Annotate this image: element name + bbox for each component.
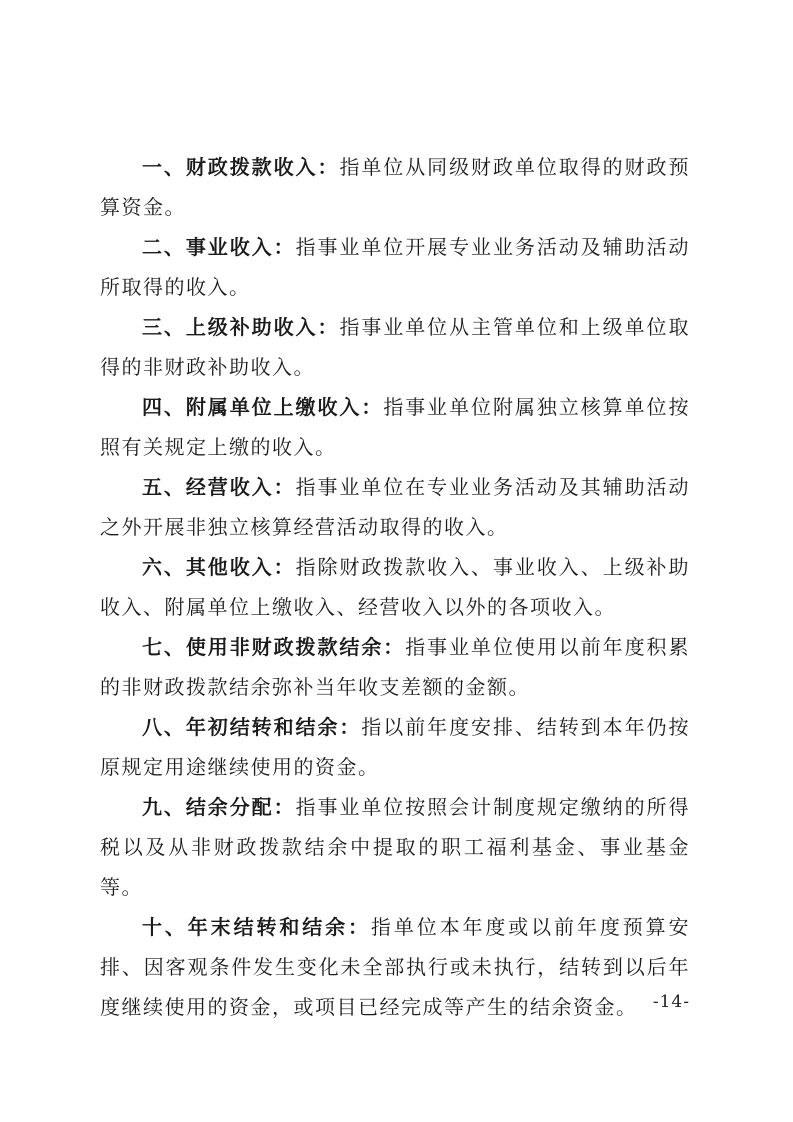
definition-paragraph: 五、经营收入：指事业单位在专业业务活动及其辅助活动之外开展非独立核算经营活动取得… bbox=[100, 467, 690, 547]
term-label: 八、年初结转和结余： bbox=[142, 715, 361, 739]
definition-paragraph: 四、附属单位上缴收入：指事业单位附属独立核算单位按照有关规定上缴的收入。 bbox=[100, 387, 690, 467]
term-label: 九、结余分配： bbox=[142, 795, 296, 819]
term-label: 二、事业收入： bbox=[142, 235, 296, 259]
term-label: 六、其他收入： bbox=[142, 555, 296, 579]
definition-paragraph: 一、财政拨款收入：指单位从同级财政单位取得的财政预算资金。 bbox=[100, 147, 690, 227]
definition-paragraph: 八、年初结转和结余：指以前年度安排、结转到本年仍按原规定用途继续使用的资金。 bbox=[100, 707, 690, 787]
definition-paragraph: 十、年末结转和结余：指单位本年度或以前年度预算安排、因客观条件发生变化未全部执行… bbox=[100, 907, 690, 1027]
definition-paragraph: 三、上级补助收入：指事业单位从主管单位和上级单位取得的非财政补助收入。 bbox=[100, 307, 690, 387]
definition-paragraph: 六、其他收入：指除财政拨款收入、事业收入、上级补助收入、附属单位上缴收入、经营收… bbox=[100, 547, 690, 627]
definition-paragraph: 七、使用非财政拨款结余：指事业单位使用以前年度积累的非财政拨款结余弥补当年收支差… bbox=[100, 627, 690, 707]
document-body: 一、财政拨款收入：指单位从同级财政单位取得的财政预算资金。 二、事业收入：指事业… bbox=[100, 147, 690, 1027]
document-page: 一、财政拨款收入：指单位从同级财政单位取得的财政预算资金。 二、事业收入：指事业… bbox=[0, 0, 793, 1122]
definition-paragraph: 二、事业收入：指事业单位开展专业业务活动及辅助活动所取得的收入。 bbox=[100, 227, 690, 307]
term-label: 五、经营收入： bbox=[142, 475, 296, 499]
term-label: 三、上级补助收入： bbox=[142, 315, 339, 339]
term-label: 四、附属单位上缴收入： bbox=[142, 395, 383, 419]
term-label: 一、财政拨款收入： bbox=[142, 155, 339, 179]
term-label: 七、使用非财政拨款结余： bbox=[142, 635, 405, 659]
page-number: -14- bbox=[653, 992, 690, 1012]
term-label: 十、年末结转和结余： bbox=[142, 915, 371, 939]
definition-paragraph: 九、结余分配：指事业单位按照会计制度规定缴纳的所得税以及从非财政拨款结余中提取的… bbox=[100, 787, 690, 907]
